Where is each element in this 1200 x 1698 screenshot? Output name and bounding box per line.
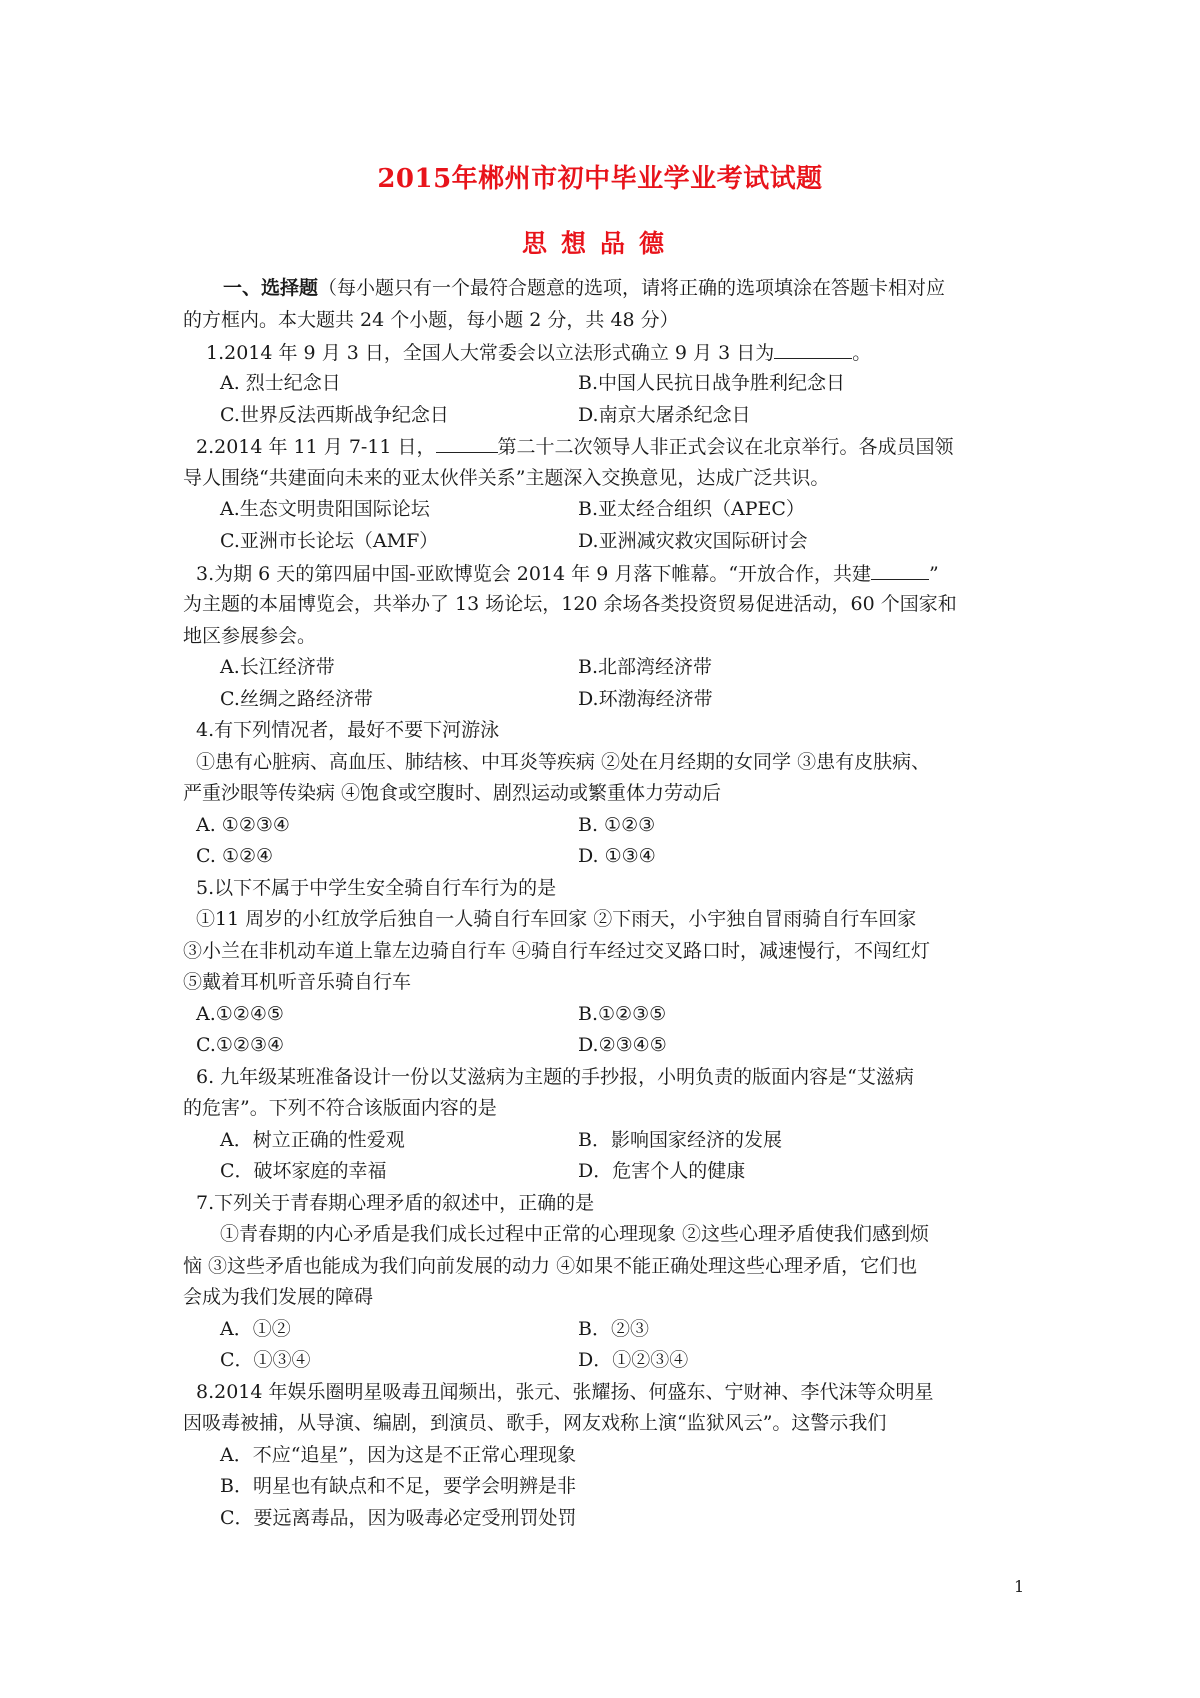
question-3-text: 3.为期 6 天的第四届中国-亚欧博览会 2014 年 9 月落下帷幕。“开放合… — [196, 563, 871, 585]
question-2-stem: 2.2014 年 11 月 7-11 日，第二十二次领导人非正式会议在北京举行。… — [196, 434, 954, 459]
question-5-stem: 5.以下不属于中学生安全骑自行车行为的是 — [196, 876, 556, 900]
question-4-stem: 4.有下列情况者，最好不要下河游泳 — [196, 718, 499, 742]
question-3-quote-end: ” — [929, 563, 939, 585]
q2-option-c: C.亚洲市长论坛（AMF） — [220, 529, 438, 553]
question-1-end: 。 — [852, 342, 871, 364]
section-instruction-2: 的方框内。本大题共 24 个小题，每小题 2 分，共 48 分） — [183, 308, 1041, 332]
q7-option-b: B．②③ — [578, 1317, 649, 1341]
q5-option-b: B.①②③⑤ — [578, 1002, 666, 1026]
q6-option-a: A．树立正确的性爱观 — [220, 1128, 405, 1152]
question-6-stem: 6. 九年级某班准备设计一份以艾滋病为主题的手抄报，小明负责的版面内容是“艾滋病 — [196, 1065, 914, 1089]
q1-option-a: A. 烈士纪念日 — [220, 371, 341, 395]
question-7-items-2: 恼 ③这些矛盾也能成为我们向前发展的动力 ④如果不能正确处理这些心理矛盾，它们也 — [183, 1254, 1041, 1278]
q3-option-c: C.丝绸之路经济带 — [220, 687, 373, 711]
q2-option-a: A.生态文明贵阳国际论坛 — [220, 497, 430, 521]
q7-option-d: D．①②③④ — [578, 1348, 688, 1372]
answer-blank — [871, 561, 929, 580]
question-4-items-2: 严重沙眼等传染病 ④饱食或空腹时、剧烈运动或繁重体力劳动后 — [183, 781, 1041, 805]
question-6-stem-2: 的危害”。下列不符合该版面内容的是 — [183, 1096, 1041, 1120]
question-7-stem: 7.下列关于青春期心理矛盾的叙述中，正确的是 — [196, 1191, 594, 1215]
question-5-items-1: ①11 周岁的小红放学后独自一人骑自行车回家 ②下雨天，小宇独自冒雨骑自行车回家 — [196, 907, 916, 931]
section-header-line1: 一、选择题（每小题只有一个最符合题意的选项，请将正确的选项填涂在答题卡相对应 — [183, 276, 1041, 300]
q2-option-b: B.亚太经合组织（APEC） — [578, 497, 805, 521]
q3-option-d: D.环渤海经济带 — [578, 687, 713, 711]
question-3-stem-3: 地区参展参会。 — [183, 624, 1041, 648]
question-3-stem: 3.为期 6 天的第四届中国-亚欧博览会 2014 年 9 月落下帷幕。“开放合… — [196, 561, 939, 586]
q7-option-c: C．①③④ — [220, 1348, 311, 1372]
q4-option-d: D. ①③④ — [578, 844, 656, 868]
q4-option-c: C. ①②④ — [196, 844, 273, 868]
q7-option-a: A．①② — [220, 1317, 291, 1341]
q4-option-b: B. ①②③ — [578, 813, 655, 837]
question-2-text-cont: 第二十二次领导人非正式会议在北京举行。各成员国领 — [498, 436, 954, 458]
question-5-items-3: ⑤戴着耳机听音乐骑自行车 — [183, 970, 1041, 994]
question-4-items-1: ①患有心脏病、高血压、肺结核、中耳炎等疾病 ②处在月经期的女同学 ③患有皮肤病、 — [196, 750, 930, 774]
question-5-items-2: ③小兰在非机动车道上靠左边骑自行车 ④骑自行车经过交叉路口时，减速慢行，不闯红灯 — [183, 939, 1041, 963]
question-2-stem-2: 导人围绕“共建面向未来的亚太伙伴关系”主题深入交换意见，达成广泛共识。 — [183, 466, 1041, 490]
exam-page: 2015年郴州市初中毕业学业考试试题 思想品德 一、选择题（每小题只有一个最符合… — [0, 0, 1200, 1698]
exam-title: 2015年郴州市初中毕业学业考试试题 — [0, 158, 1200, 195]
subject-title: 思想品德 — [0, 224, 1200, 260]
q5-option-c: C.①②③④ — [196, 1033, 284, 1057]
q1-option-d: D.南京大屠杀纪念日 — [578, 403, 751, 427]
q6-option-b: B．影响国家经济的发展 — [578, 1128, 782, 1152]
q3-option-b: B.北部湾经济带 — [578, 655, 712, 679]
q2-option-d: D.亚洲减灾救灾国际研讨会 — [578, 529, 808, 553]
q8-option-a: A．不应“追星”，因为这是不正常心理现象 — [220, 1443, 576, 1467]
question-1-stem: 1.2014 年 9 月 3 日，全国人大常委会以立法形式确立 9 月 3 日为… — [206, 340, 871, 365]
answer-blank — [436, 434, 498, 453]
answer-blank — [774, 340, 852, 359]
q8-option-c: C．要远离毒品，因为吸毒必定受刑罚处罚 — [220, 1506, 577, 1530]
q6-option-c: C．破坏家庭的幸福 — [220, 1159, 387, 1183]
q4-option-a: A. ①②③④ — [196, 813, 290, 837]
page-number: 1 — [1014, 1577, 1024, 1596]
question-2-text: 2.2014 年 11 月 7-11 日， — [196, 436, 436, 458]
q5-option-d: D.②③④⑤ — [578, 1033, 667, 1057]
question-8-stem: 8.2014 年娱乐圈明星吸毒丑闻频出，张元、张耀扬、何盛东、宁财神、李代沫等众… — [196, 1380, 934, 1404]
q5-option-a: A.①②④⑤ — [196, 1002, 284, 1026]
q1-option-c: C.世界反法西斯战争纪念日 — [220, 403, 449, 427]
q1-option-b: B.中国人民抗日战争胜利纪念日 — [578, 371, 845, 395]
question-1-text: 1.2014 年 9 月 3 日，全国人大常委会以立法形式确立 9 月 3 日为 — [206, 342, 774, 364]
q8-option-b: B．明星也有缺点和不足，要学会明辨是非 — [220, 1474, 576, 1498]
question-8-stem-2: 因吸毒被捕，从导演、编剧，到演员、歌手，网友戏称上演“监狱风云”。这警示我们 — [183, 1411, 1041, 1435]
question-7-items-1: ①青春期的内心矛盾是我们成长过程中正常的心理现象 ②这些心理矛盾使我们感到烦 — [220, 1222, 929, 1246]
question-3-stem-2: 为主题的本届博览会，共举办了 13 场论坛，120 余场各类投资贸易促进活动，6… — [183, 592, 1041, 616]
q3-option-a: A.长江经济带 — [220, 655, 335, 679]
question-7-items-3: 会成为我们发展的障碍 — [183, 1285, 1041, 1309]
section-label: 一、选择题 — [223, 277, 318, 299]
q6-option-d: D．危害个人的健康 — [578, 1159, 745, 1183]
section-instruction-1: （每小题只有一个最符合题意的选项，请将正确的选项填涂在答题卡相对应 — [318, 277, 945, 299]
